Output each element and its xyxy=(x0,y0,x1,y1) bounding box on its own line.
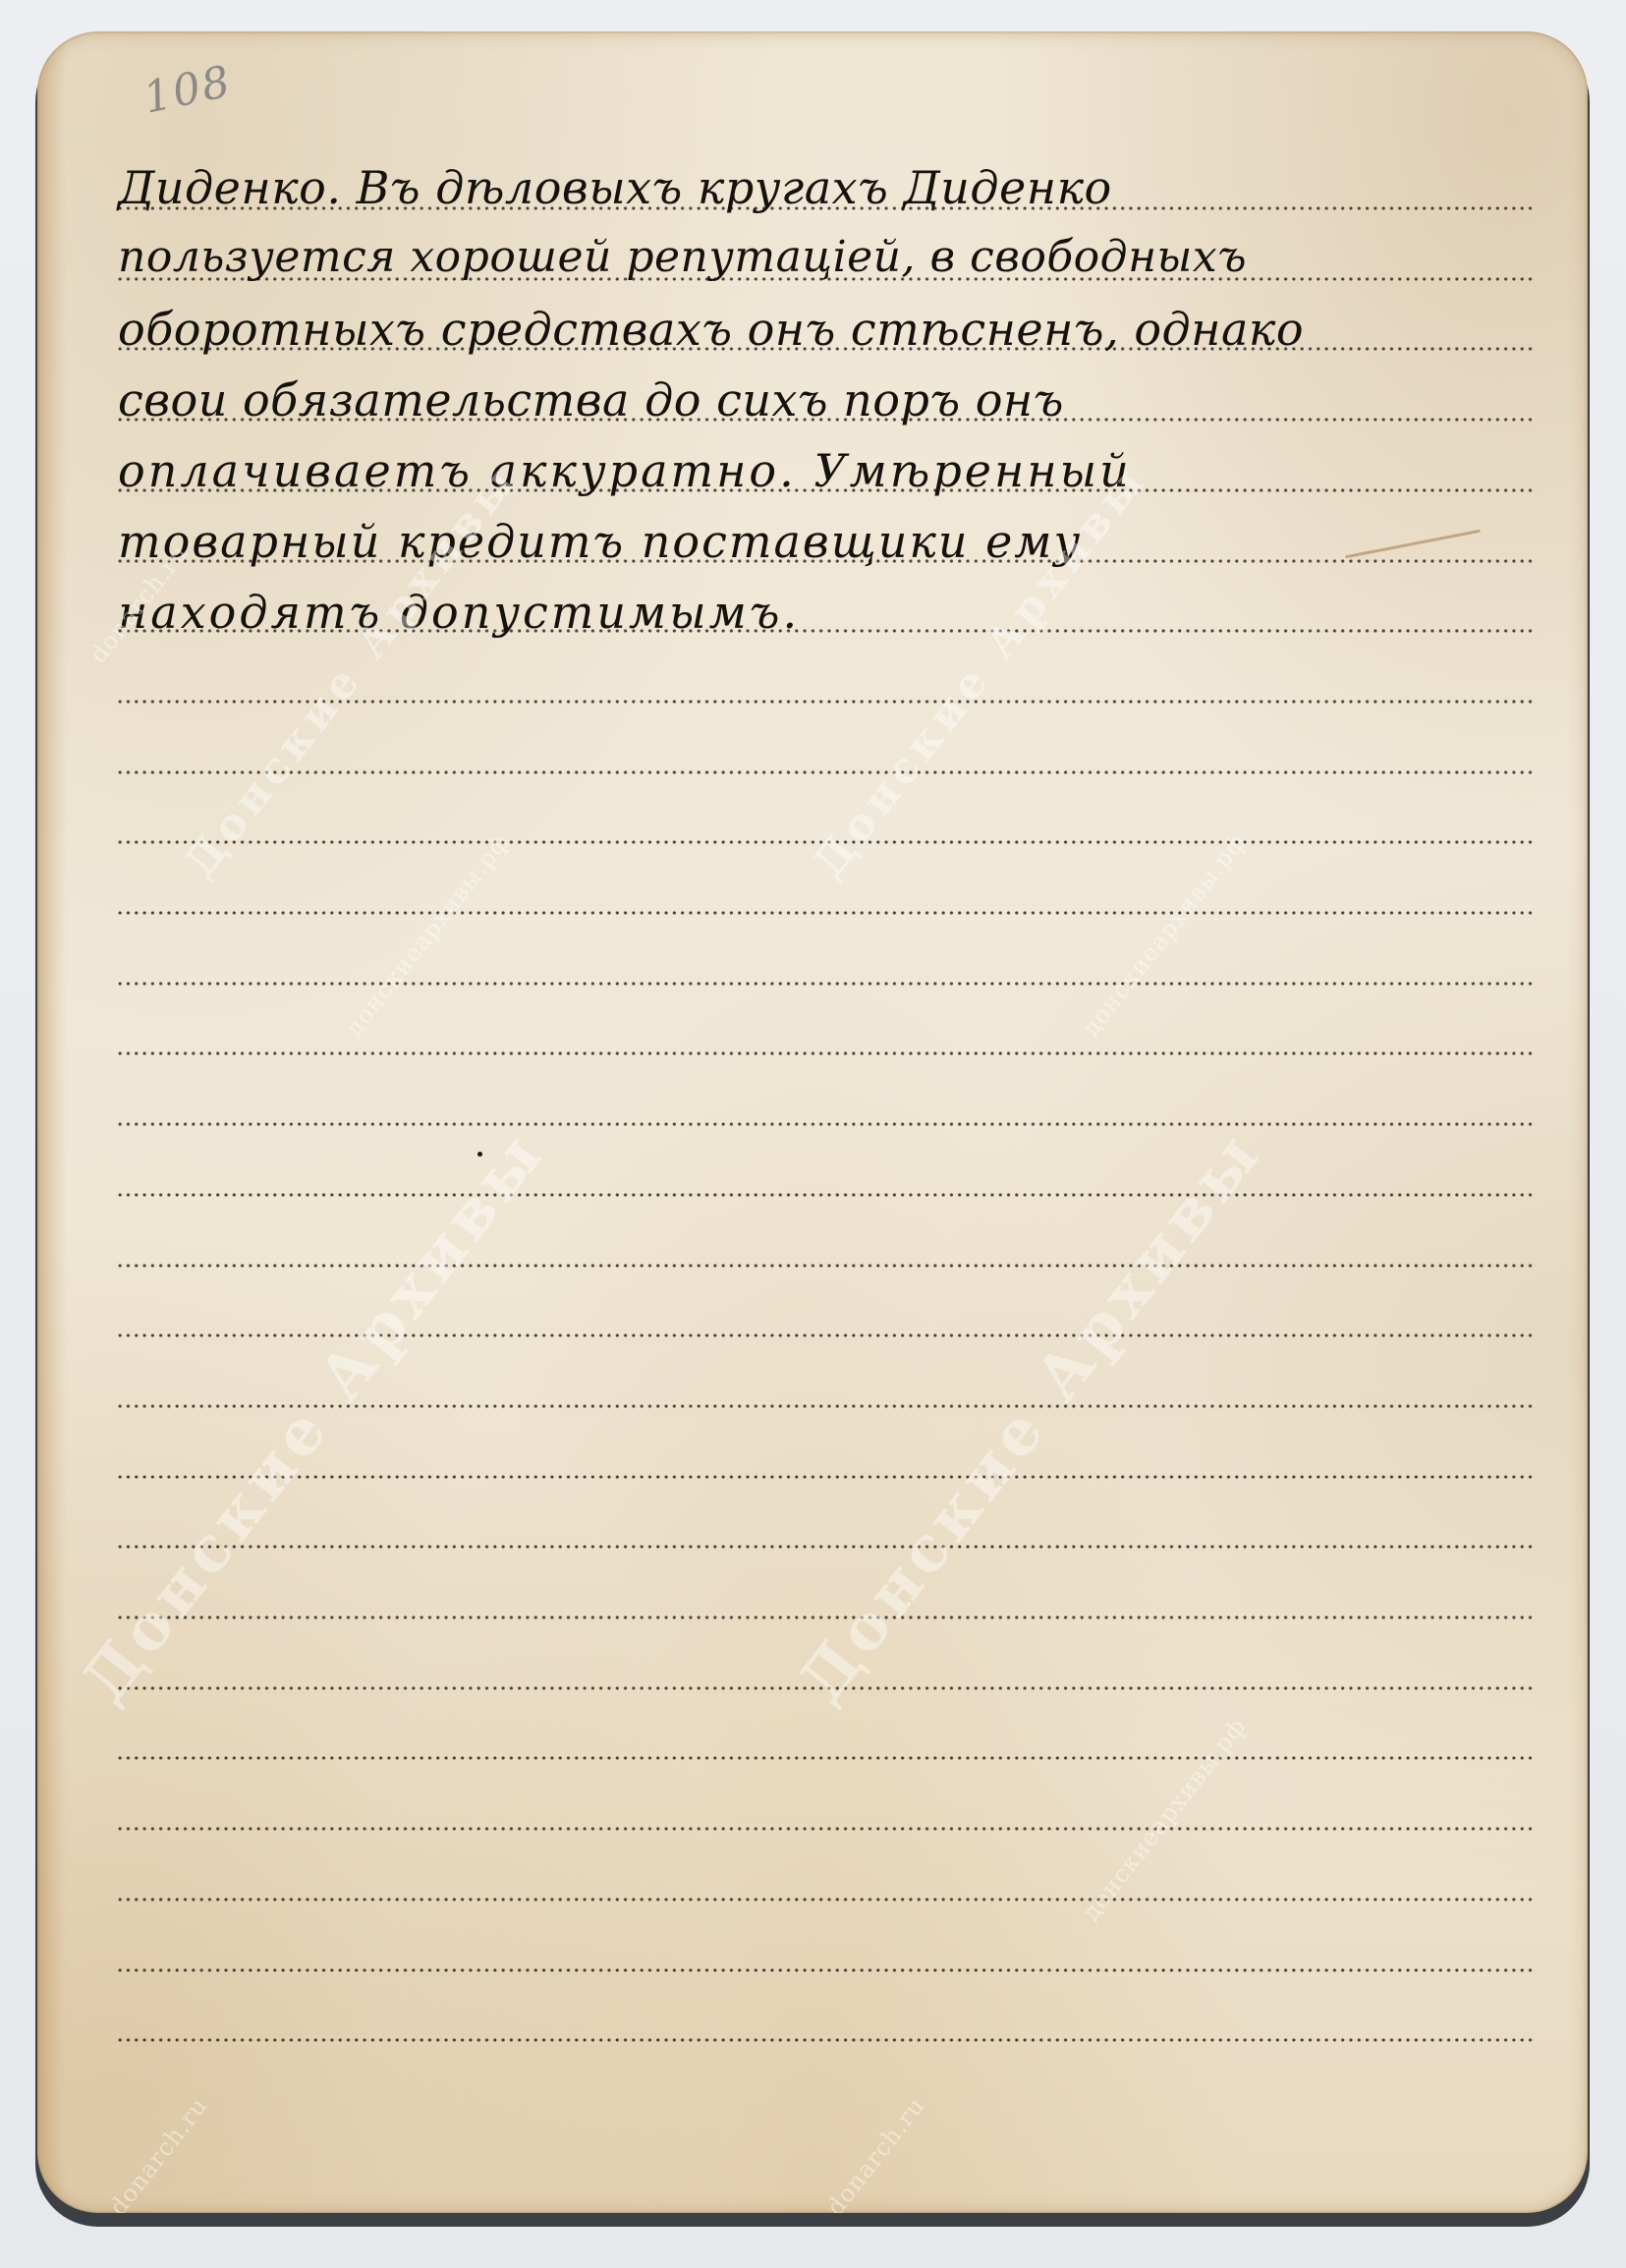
ruled-dotted-line xyxy=(116,2038,1536,2042)
ruled-dotted-line xyxy=(116,1756,1536,1760)
watermark-url: донскиеархивы.рф xyxy=(1077,1713,1252,1926)
ruled-dotted-line xyxy=(116,1545,1536,1549)
handwritten-line-7: находятъ допустимымъ. xyxy=(118,590,800,635)
pencil-smudge xyxy=(1345,530,1481,559)
watermark-url: donarch.ru xyxy=(104,2092,213,2213)
ruled-dotted-line xyxy=(116,1051,1536,1055)
handwritten-line-2: пользуется хорошей репутацiей, в свободн… xyxy=(118,236,1247,279)
handwritten-line-3: оборотныхъ средствахъ онъ стѣсненъ, одна… xyxy=(118,307,1304,352)
handwritten-line-6: товарный кредитъ поставщики ему xyxy=(118,519,1082,564)
watermark-url: donarch.ru xyxy=(821,2092,930,2213)
ruled-dotted-line xyxy=(116,911,1536,915)
ruled-dotted-line xyxy=(116,1122,1536,1126)
ruled-dotted-line xyxy=(116,1827,1536,1831)
watermark-url: донскиеархивы.рф xyxy=(1077,828,1252,1042)
ruled-dotted-line xyxy=(116,982,1536,986)
handwritten-line-5: оплачиваетъ аккуратно. Умѣренный xyxy=(118,448,1132,493)
page-number: 108 xyxy=(140,56,237,124)
ruled-dotted-line xyxy=(116,1898,1536,1901)
ruled-dotted-line xyxy=(116,770,1536,774)
ruled-dotted-line xyxy=(116,1968,1536,1972)
watermark-url: донскиеархивы.рф xyxy=(340,828,515,1042)
handwritten-line-4: свои обязательства до сихъ поръ онъ xyxy=(118,377,1064,423)
handwritten-line-1: Диденко. Въ дѣловыхъ кругахъ Диденко xyxy=(118,165,1112,210)
archival-card: 108 Диденко. Въ дѣловыхъ кругахъ Диденко… xyxy=(37,31,1588,2213)
watermark-donskie-arkhivy: Донские Архивы xyxy=(68,1116,560,1717)
watermark-donskie-arkhivy: Донские Архивы xyxy=(785,1116,1277,1717)
ruled-dotted-line xyxy=(116,1193,1536,1197)
scan-background: 108 Диденко. Въ дѣловыхъ кругахъ Диденко… xyxy=(0,0,1626,2268)
card-aged-edge xyxy=(37,31,67,2213)
ruled-dotted-line xyxy=(116,1475,1536,1479)
ruled-dotted-line xyxy=(116,1264,1536,1268)
